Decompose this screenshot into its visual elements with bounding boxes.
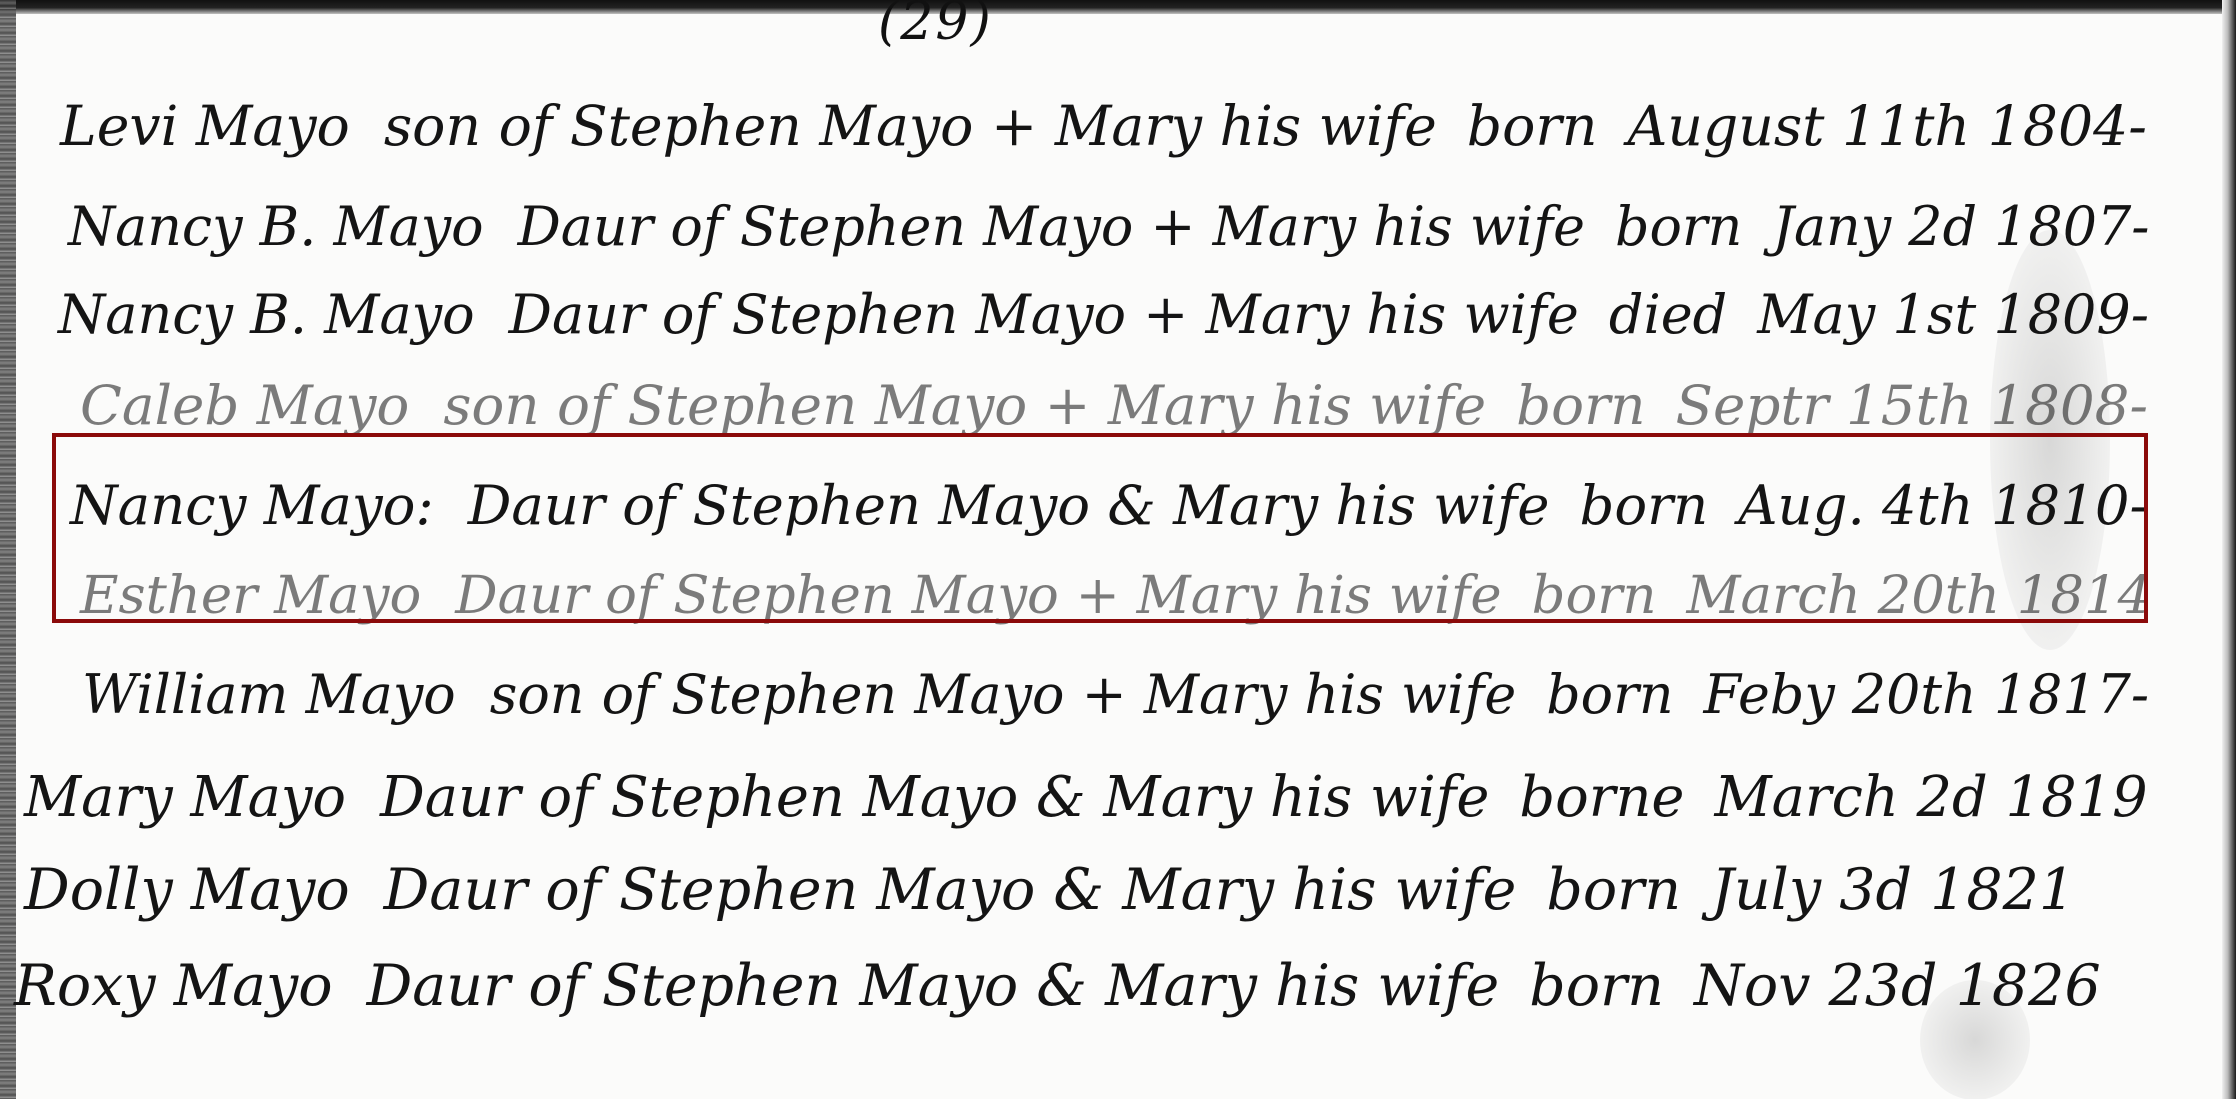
entry-relation: Daur of Stephen Mayo & Mary his wife bbox=[384, 862, 1517, 919]
entry-name: William Mayo bbox=[82, 668, 456, 722]
entry-relation: Daur of Stephen Mayo + Mary his wife bbox=[518, 200, 1585, 254]
entry-date: August 11th 1804- bbox=[1627, 100, 2146, 155]
page-number: (29) bbox=[878, 0, 993, 52]
entry-name: Levi Mayo bbox=[60, 100, 350, 155]
entry-name: Nancy B. Mayo bbox=[68, 200, 484, 254]
register-entry: Nancy B. MayoDaur of Stephen Mayo + Mary… bbox=[68, 200, 2149, 254]
entry-event: born bbox=[1615, 200, 1742, 254]
entry-name: Caleb Mayo bbox=[80, 378, 409, 433]
entry-relation: son of Stephen Mayo + Mary his wife bbox=[384, 100, 1437, 155]
entry-relation: Daur of Stephen Mayo + Mary his wife bbox=[509, 288, 1579, 342]
entry-event: born bbox=[1546, 668, 1673, 722]
entry-date: March 2d 1819 bbox=[1714, 770, 2147, 826]
entry-event: born bbox=[1516, 378, 1645, 433]
scan-edge-top bbox=[0, 0, 2236, 14]
entry-relation: Daur of Stephen Mayo & Mary his wife bbox=[367, 958, 1500, 1015]
entry-event: born bbox=[1529, 958, 1664, 1015]
register-page: (29) Levi Mayoson of Stephen Mayo + Mary… bbox=[0, 0, 2236, 1099]
entry-relation: Daur of Stephen Mayo & Mary his wife bbox=[380, 770, 1489, 826]
scan-edge-right bbox=[2222, 0, 2236, 1099]
register-entry: William Mayoson of Stephen Mayo + Mary h… bbox=[82, 668, 2149, 722]
highlight-box bbox=[52, 433, 2148, 623]
entry-event: borne bbox=[1519, 770, 1684, 826]
entry-date: Jany 2d 1807- bbox=[1772, 200, 2149, 254]
entry-event: born bbox=[1546, 862, 1681, 919]
scan-edge-left bbox=[0, 0, 16, 1099]
register-entry: Roxy MayoDaur of Stephen Mayo & Mary his… bbox=[14, 958, 2101, 1015]
entry-name: Roxy Mayo bbox=[14, 958, 333, 1015]
register-entry: Levi Mayoson of Stephen Mayo + Mary his … bbox=[60, 100, 2147, 155]
entry-name: Mary Mayo bbox=[24, 770, 346, 826]
entry-name: Nancy B. Mayo bbox=[58, 288, 475, 342]
entry-name: Dolly Mayo bbox=[24, 862, 350, 919]
register-entry: Caleb Mayoson of Stephen Mayo + Mary his… bbox=[80, 378, 2148, 433]
entry-date: July 3d 1821 bbox=[1711, 862, 2075, 919]
entry-event: died bbox=[1609, 288, 1727, 342]
entry-date: Nov 23d 1826 bbox=[1694, 958, 2101, 1015]
register-entry: Nancy B. MayoDaur of Stephen Mayo + Mary… bbox=[58, 288, 2149, 342]
register-entry: Mary MayoDaur of Stephen Mayo & Mary his… bbox=[24, 770, 2148, 826]
entry-date: Septr 15th 1808- bbox=[1676, 378, 2148, 433]
entry-relation: son of Stephen Mayo + Mary his wife bbox=[443, 378, 1486, 433]
entry-event: born bbox=[1467, 100, 1598, 155]
entry-date: Feby 20th 1817- bbox=[1704, 668, 2150, 722]
register-entry: Dolly MayoDaur of Stephen Mayo & Mary hi… bbox=[24, 862, 2075, 919]
entry-relation: son of Stephen Mayo + Mary his wife bbox=[490, 668, 1516, 722]
entry-date: May 1st 1809- bbox=[1757, 288, 2149, 342]
